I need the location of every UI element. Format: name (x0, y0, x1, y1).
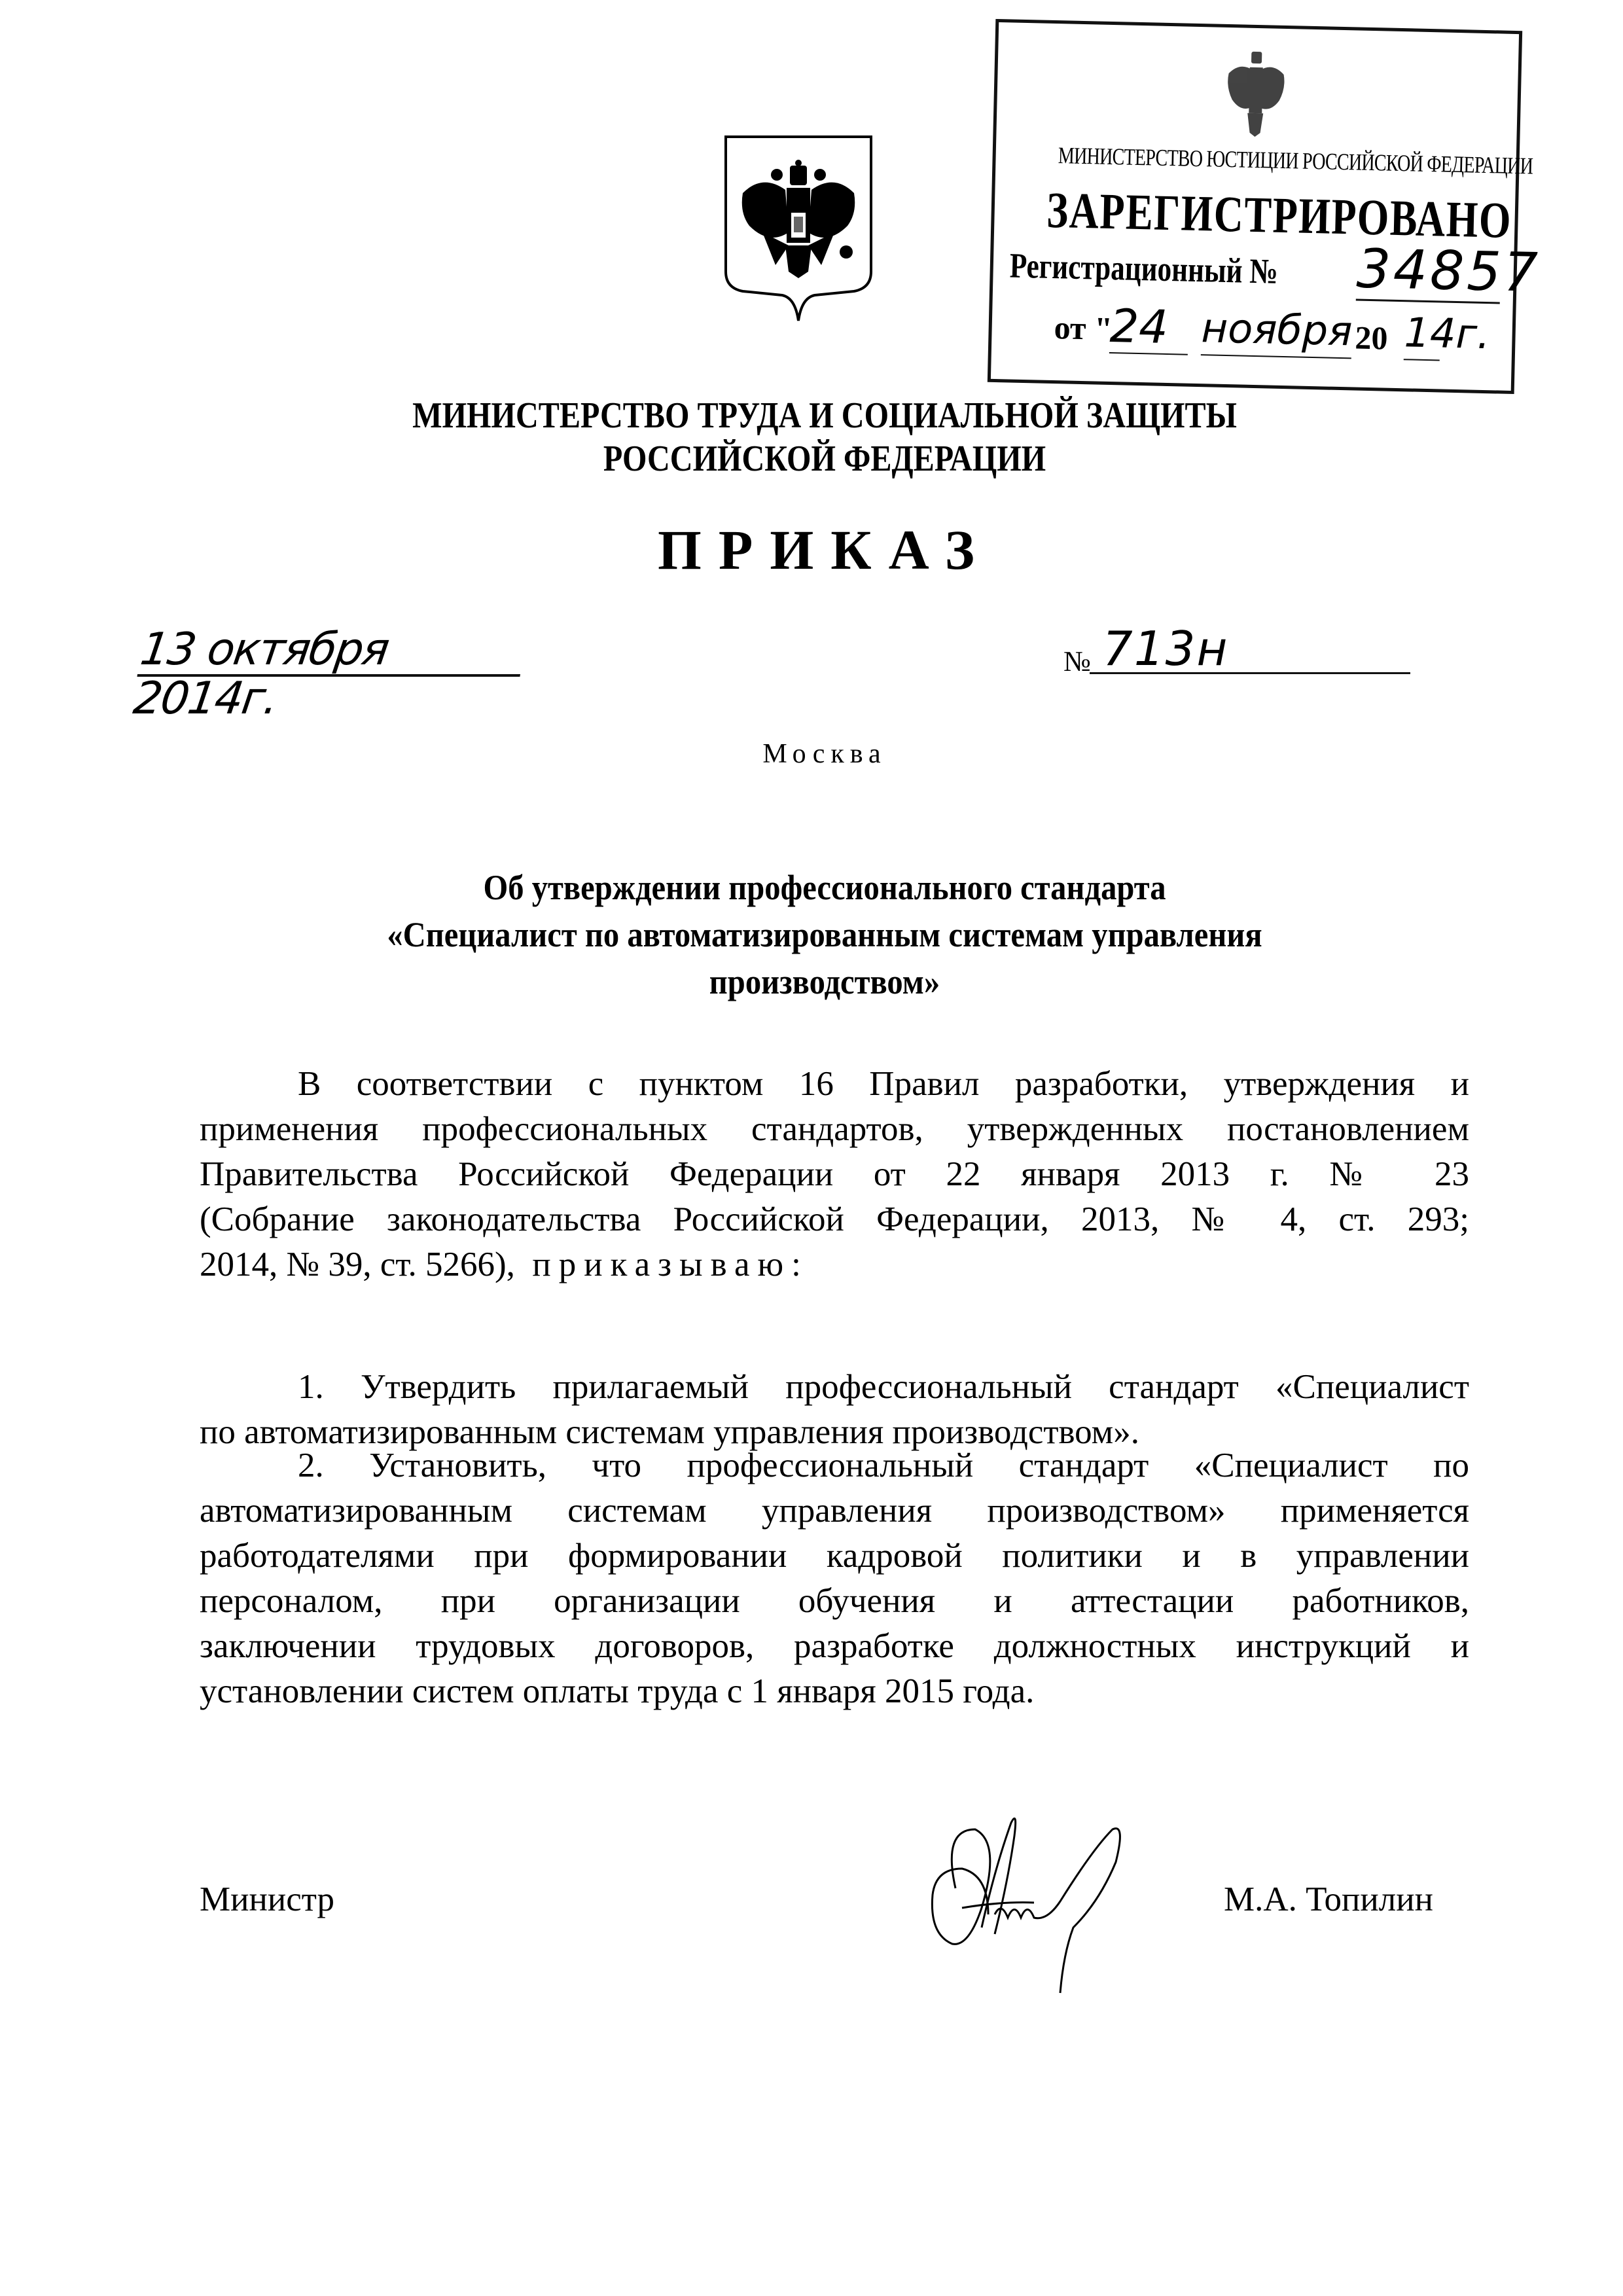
document-type: ПРИКАЗ (196, 517, 1453, 583)
paragraph-line: (Собрание законодательства Российской Фе… (200, 1197, 1469, 1242)
intro-paragraph: В соответствии с пунктом 16 Правил разра… (200, 1062, 1469, 1287)
title-line1: Об утверждении профессионального стандар… (259, 864, 1390, 911)
double-headed-eagle-icon (723, 134, 874, 324)
title-line2: «Специалист по автоматизированным систем… (259, 911, 1390, 958)
order-number: 713н (1090, 623, 1410, 674)
paragraph-line: персоналом, при организации обучения и а… (200, 1579, 1469, 1624)
paragraph-line: Правительства Российской Федерации от 22… (200, 1152, 1469, 1197)
signatory-name: М.А. Топилин (1224, 1880, 1433, 1919)
ministry-header: МИНИСТЕРСТВО ТРУДА И СОЦИАЛЬНОЙ ЗАЩИТЫ Р… (196, 394, 1453, 480)
stamp-ministry-name: МИНИСТЕРСТВО ЮСТИЦИИ РОССИЙСКОЙ ФЕДЕРАЦИ… (1058, 141, 1454, 178)
stamp-date-year-suffix: 14г. (1404, 306, 1441, 361)
paragraph-line-text: 2014, № 39, ст. 5266), (200, 1246, 515, 1283)
ministry-name-line1: МИНИСТЕРСТВО ТРУДА И СОЦИАЛЬНОЙ ЗАЩИТЫ (284, 394, 1364, 437)
paragraph-line: заключении трудовых договоров, разработк… (200, 1624, 1469, 1669)
handwritten-signature (916, 1803, 1191, 2000)
signatory-role: Министр (200, 1880, 334, 1919)
signature-icon (916, 1803, 1191, 2000)
order-verb: приказываю: (532, 1246, 808, 1283)
title-line3: производством» (259, 958, 1390, 1005)
paragraph-line: В соответствии с пунктом 16 Правил разра… (200, 1062, 1469, 1107)
document-title: Об утверждении профессионального стандар… (196, 864, 1453, 1005)
paragraph-line: установлении систем оплаты труда с 1 янв… (200, 1669, 1469, 1714)
paragraph-line: работодателями при формировании кадровой… (200, 1534, 1469, 1579)
paragraph-line: 2. Установить, что профессиональный стан… (200, 1443, 1469, 1488)
number-sign: № (1063, 645, 1091, 678)
order-item-2: 2. Установить, что профессиональный стан… (200, 1443, 1469, 1714)
stamp-reg-number: 34857 (1356, 240, 1501, 304)
stamp-date-prefix: от " (1054, 308, 1113, 348)
paragraph-line: 1. Утвердить прилагаемый профессиональны… (200, 1365, 1469, 1410)
stamp-date-year-prefix: 20 (1355, 319, 1388, 357)
stamp-emblem-icon (1222, 47, 1289, 140)
order-date: 13 октября 2014г. (137, 625, 527, 677)
paragraph-line: применения профессиональных стандартов, … (200, 1107, 1469, 1152)
city: Москва (196, 738, 1453, 770)
paragraph-line: автоматизированным системам управления п… (200, 1488, 1469, 1534)
stamp-reg-label: Регистрационный № (1009, 245, 1278, 292)
coat-of-arms-emblem (723, 134, 874, 324)
stamp-date-day: 24 (1109, 300, 1189, 355)
stamp-date-month: ноября (1201, 302, 1353, 359)
order-item-1: 1. Утвердить прилагаемый профессиональны… (200, 1365, 1469, 1455)
paragraph-line: 2014, № 39, ст. 5266), приказываю: (200, 1242, 1469, 1287)
registration-stamp: МИНИСТЕРСТВО ЮСТИЦИИ РОССИЙСКОЙ ФЕДЕРАЦИ… (988, 19, 1522, 394)
ministry-name-line2: РОССИЙСКОЙ ФЕДЕРАЦИИ (284, 437, 1364, 480)
